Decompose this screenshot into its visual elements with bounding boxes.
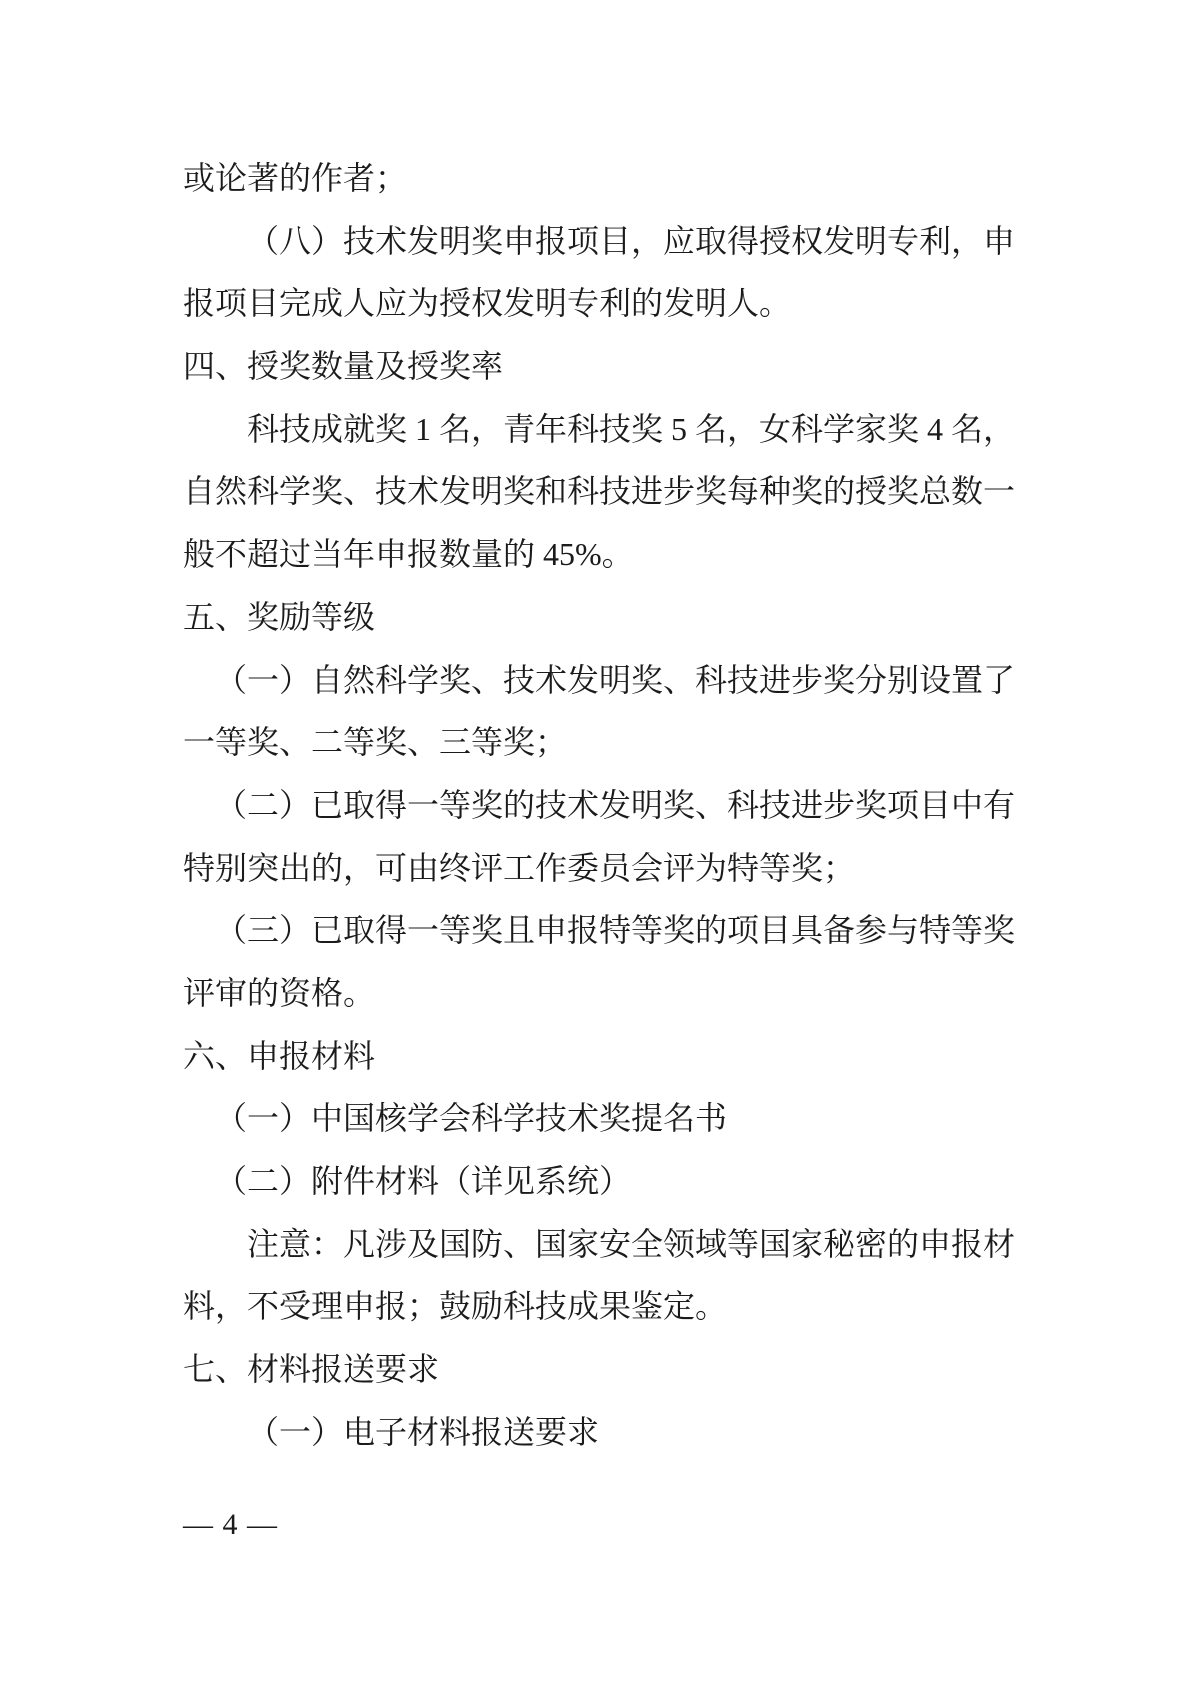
text-line-list-item: （三）已取得一等奖且申报特等奖的项目具备参与特等奖 bbox=[183, 899, 1015, 962]
text-line-continuation: 评审的资格。 bbox=[183, 962, 1015, 1025]
text-line-heading: 七、材料报送要求 bbox=[183, 1338, 1015, 1401]
text-line-continuation: 一等奖、二等奖、三等奖； bbox=[183, 711, 1015, 774]
text-line-continuation: 特别突出的，可由终评工作委员会评为特等奖； bbox=[183, 837, 1015, 900]
page-number: — 4 — bbox=[183, 1508, 278, 1541]
text-line-list-item: （一）自然科学奖、技术发明奖、科技进步奖分别设置了 bbox=[183, 649, 1015, 712]
text-line-continuation: 报项目完成人应为授权发明专利的发明人。 bbox=[183, 272, 1015, 335]
document-body: 或论著的作者；（八）技术发明奖申报项目，应取得授权发明专利，申报项目完成人应为授… bbox=[183, 147, 1015, 1463]
text-line-list-item: （一）中国核学会科学技术奖提名书 bbox=[183, 1087, 1015, 1150]
text-line-continuation: 般不超过当年申报数量的 45%。 bbox=[183, 523, 1015, 586]
text-line-list-item: （一）电子材料报送要求 bbox=[183, 1401, 1015, 1464]
text-line-paragraph: （八）技术发明奖申报项目，应取得授权发明专利，申 bbox=[183, 210, 1015, 273]
text-line-heading: 四、授奖数量及授奖率 bbox=[183, 335, 1015, 398]
document-page: 或论著的作者；（八）技术发明奖申报项目，应取得授权发明专利，申报项目完成人应为授… bbox=[0, 0, 1200, 1697]
text-line-heading: 六、申报材料 bbox=[183, 1025, 1015, 1088]
text-line-list-item: （二）附件材料（详见系统） bbox=[183, 1150, 1015, 1213]
text-line-continuation: 料，不受理申报；鼓励科技成果鉴定。 bbox=[183, 1275, 1015, 1338]
text-line-paragraph: 注意：凡涉及国防、国家安全领域等国家秘密的申报材 bbox=[183, 1213, 1015, 1276]
text-line-heading: 五、奖励等级 bbox=[183, 586, 1015, 649]
text-line-paragraph: 科技成就奖 1 名，青年科技奖 5 名，女科学家奖 4 名， bbox=[183, 398, 1015, 461]
text-line-list-item: （二）已取得一等奖的技术发明奖、科技进步奖项目中有 bbox=[183, 774, 1015, 837]
text-line-continuation: 或论著的作者； bbox=[183, 147, 1015, 210]
text-line-continuation: 自然科学奖、技术发明奖和科技进步奖每种奖的授奖总数一 bbox=[183, 460, 1015, 523]
page-footer: — 4 — bbox=[183, 1505, 278, 1545]
